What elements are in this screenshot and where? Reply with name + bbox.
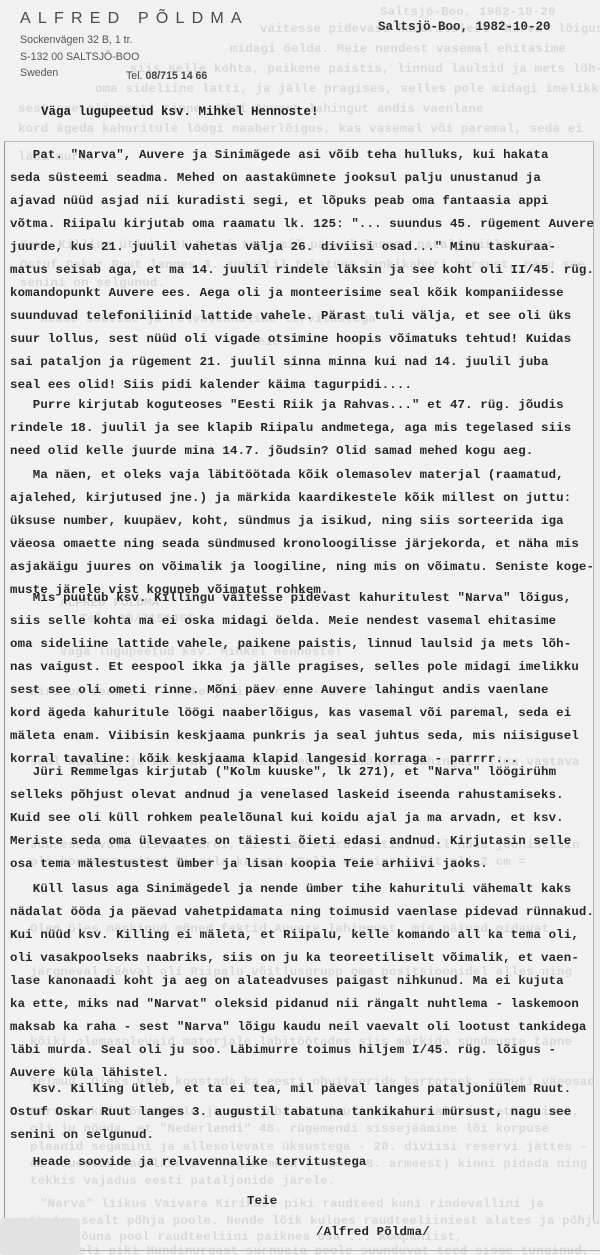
letter-line: need olid kelle juurde mina 14.7. jõudsi…	[10, 444, 533, 458]
letter-line: võtma. Riipalu kirjutab oma raamatu lk. …	[10, 217, 594, 231]
letter-line: Teie	[247, 1194, 277, 1208]
letter-line: läbi murda. Seal oli ju soo. Läbimurre t…	[10, 1043, 556, 1057]
letter-line: ka ette, miks nad "Narvat" oleksid pidan…	[10, 997, 579, 1011]
letter-line: oma sideliine lattide vahele, paikene pa…	[10, 637, 571, 651]
letter-line: ajavad nüüd asjad nii kuradisti segi, et…	[10, 194, 549, 208]
salutation: Väga lugupeetud ksv. Mihkel Hennoste!	[41, 105, 319, 119]
sender-address-city: S-132 00 SALTSJÖ-BOO	[20, 49, 249, 66]
letter-line: siis selle kohta ma ei oska midagi öelda…	[10, 614, 556, 628]
sender-name: ALFRED PÕLDMA	[20, 10, 249, 28]
letter-line: matus seisab aga, et ma 14. juulil rinde…	[10, 263, 594, 277]
bleed-line: kord ägeda kahuritule löögi naaberlõigus…	[18, 122, 583, 136]
letter-line: Ma näen, et oleks vaja läbitöötada kõik …	[10, 468, 564, 482]
letter-line: lase kanonaadi koht ja aeg on alateadvus…	[10, 974, 564, 988]
letter-line: nädalat ööda ja päevad vahetpidamata nin…	[10, 905, 594, 919]
sheet-edge	[593, 141, 600, 1221]
letter-date: Saltsjö-Boo, 1982-10-20	[378, 20, 551, 34]
letter-line: komandopunkt Auvere ees. Aega oli ja mon…	[10, 286, 564, 300]
letter-line: suur lollus, sest nüüd oli vigade otsimi…	[10, 332, 571, 346]
letter-line: Ksv. Killing ütleb, et ta ei tea, mil pä…	[10, 1082, 571, 1096]
letter-line: mäleta enam. Viibisin keskjaama punkris …	[10, 729, 579, 743]
sender-phone: Tel. 08/715 14 66	[126, 70, 207, 82]
letter-line: Kui nüüd ksv. Killing ei mäleta, et Riip…	[10, 928, 579, 942]
bleed-line: Saltsjö-Boo, 1982-10-20	[380, 5, 556, 19]
sheet-bottom-border	[80, 1250, 600, 1251]
letter-line: üksuse number, kuupäev, koht, sündmus ja…	[10, 514, 564, 528]
letter-line: väeosa omaette ning seada sündmused kron…	[10, 537, 579, 551]
letterhead: ALFRED PÕLDMA Sockenvägen 32 B, 1 tr. S-…	[20, 10, 249, 82]
letter-line: sai pataljon ja rügement 21. juulil sinn…	[10, 355, 549, 369]
letter-line: senini on selgunud.	[10, 1128, 154, 1142]
letter-line: Jüri Remmelgas kirjutab ("Kolm kuuske", …	[10, 765, 556, 779]
letter-line: asjakäigu juures on võimalik ja loogilin…	[10, 560, 594, 574]
letter-line: maksab ka raha - sest "Narva" lõigu kaud…	[10, 1020, 587, 1034]
letter-line: juurde, kus 21. juulil vahetas välja 26.…	[10, 240, 556, 254]
phone-number: 08/715 14 66	[145, 70, 207, 82]
letter-line: selleks põhjust olevat andnud ja venelas…	[10, 788, 564, 802]
letter-line: rindele 18. juulil ja see klapib Riipalu…	[10, 421, 571, 435]
letter-line: Mis puutub ksv. Killingu väitesse pideva…	[10, 591, 571, 605]
letter-line: korral tavaline: kõik keskjaama klapid l…	[10, 752, 518, 766]
phone-label: Tel.	[126, 70, 143, 82]
letter-line: Ostuf Oskar Ruut langes 3. augustil taba…	[10, 1105, 571, 1119]
redaction-smudge	[0, 1218, 80, 1255]
letter-line: Purre kirjutab koguteoses "Eesti Riik ja…	[10, 398, 564, 412]
bleed-line: oma sideliine latti, ja jälle pragises, …	[95, 82, 600, 96]
sender-address-street: Sockenvägen 32 B, 1 tr.	[20, 32, 249, 49]
letter-line: Kuid see oli küll rohkem pealelõunal kui…	[10, 811, 564, 825]
letter-line: Auvere küla lähistel.	[10, 1066, 169, 1080]
letter-line: Meriste seda oma ülevaates on täiesti õi…	[10, 834, 571, 848]
letter-line: /Alfred Põldma/	[316, 1225, 430, 1239]
bleed-line: midagi öelda. Meie nendest vasemal ehita…	[230, 42, 566, 56]
letter-line: nas vaigust. Et eespool ikka ja jälle pr…	[10, 660, 579, 674]
letter-line: seda süsteemi seadma. Mehed on aastakümn…	[10, 171, 541, 185]
letter-line: osa tema mälestustest ümber ja lisan koo…	[10, 857, 488, 871]
letter-line: Heade soovide ja relvavennalike tervitus…	[10, 1155, 367, 1169]
letter-line: oli vasakpoolseks naabriks, siis on ju k…	[10, 951, 579, 965]
letter-line: Küll lasus aga Sinimägedel ja nende ümbe…	[10, 882, 571, 896]
letter-line: ajalehed, kirjutused jne.) ja märkida ka…	[10, 491, 571, 505]
letter-line: sest see oli ometi rinne. Mõni päev enne…	[10, 683, 549, 697]
letter-line: kord ägeda kahuritule löögi naaberlõigus…	[10, 706, 571, 720]
letter-line: seal ees olid! Siis pidi kalender käima …	[10, 378, 412, 392]
letter-line: suunduvad telefoniliinid lattide vahele.…	[10, 309, 571, 323]
letter-line: Pat. "Narva", Auvere ja Sinimägede asi v…	[10, 148, 549, 162]
